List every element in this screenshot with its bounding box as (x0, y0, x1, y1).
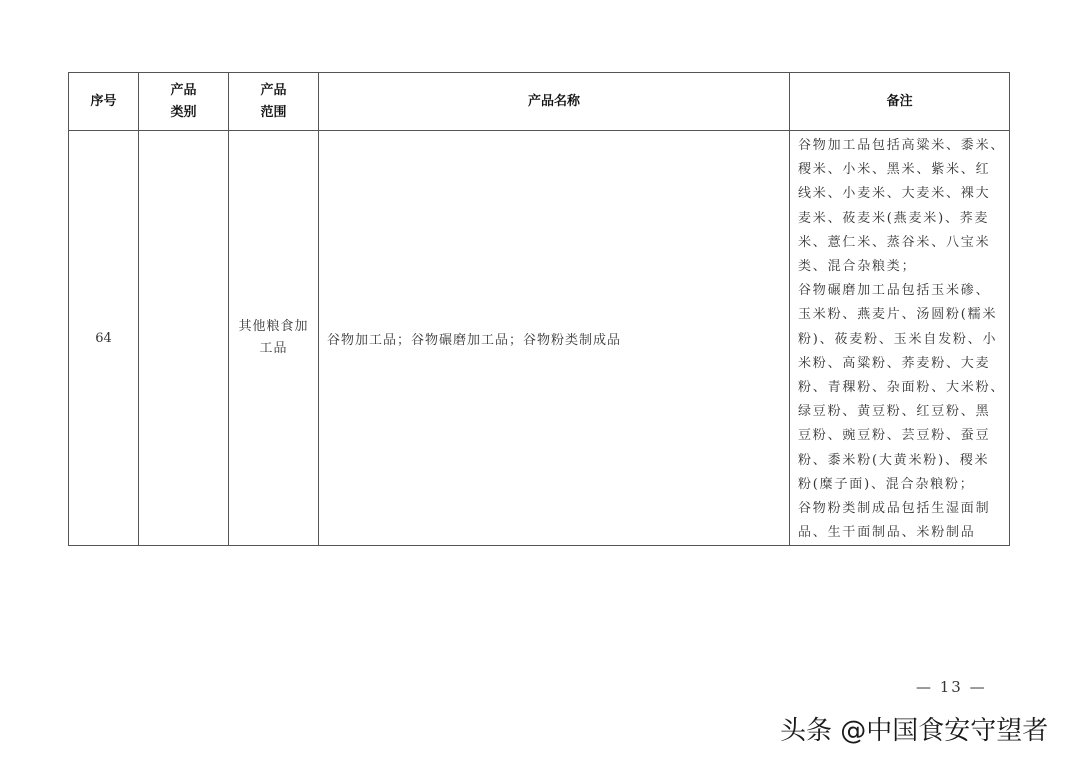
note-line: 麦米、莜麦米(燕麦米)、荞麦 (798, 207, 1005, 231)
note-line: 品、生干面制品、米粉制品 (798, 521, 1005, 545)
note-line: 线米、小麦米、大麦米、裸大 (798, 182, 1005, 206)
note-line: 米、薏仁米、蒸谷米、八宝米 (798, 231, 1005, 255)
note-line: 绿豆粉、黄豆粉、红豆粉、黑 (798, 400, 1005, 424)
note-line: 粉、黍米粉(大黄米粉)、稷米 (798, 449, 1005, 473)
cell-notes: 谷物加工品包括高粱米、黍米、 稷米、小米、黑米、紫米、红 线米、小麦米、大麦米、… (790, 131, 1010, 546)
cell-product-names: 谷物加工品；谷物碾磨加工品；谷物粉类制成品 (319, 131, 790, 546)
note-line: 谷物粉类制成品包括生湿面制 (798, 497, 1005, 521)
cell-seq: 64 (69, 131, 139, 546)
watermark: 头条 @中国食安守望者 (780, 710, 1048, 747)
note-line: 玉米粉、燕麦片、汤圆粉(糯米 (798, 303, 1005, 327)
note-line: 粉)、莜麦粉、玉米自发粉、小 (798, 328, 1005, 352)
note-line: 米粉、高粱粉、荞麦粉、大麦 (798, 352, 1005, 376)
header-seq: 序号 (69, 73, 139, 131)
product-table: 序号 产品 类别 产品 范围 产品名称 备注 64 其他粮食加 工品 谷物加工品… (68, 72, 1010, 546)
note-line: 谷物加工品包括高粱米、黍米、 (798, 134, 1005, 158)
header-category: 产品 类别 (139, 73, 229, 131)
cell-scope: 其他粮食加 工品 (229, 131, 319, 546)
note-line: 粉、青稞粉、杂面粉、大米粉、 (798, 376, 1005, 400)
header-product-name: 产品名称 (319, 73, 790, 131)
page-number: — 13 — (916, 678, 987, 696)
note-line: 粉(糜子面)、混合杂粮粉； (798, 473, 1005, 497)
table-header-row: 序号 产品 类别 产品 范围 产品名称 备注 (69, 73, 1010, 131)
header-scope: 产品 范围 (229, 73, 319, 131)
cell-category (139, 131, 229, 546)
table-row: 64 其他粮食加 工品 谷物加工品；谷物碾磨加工品；谷物粉类制成品 谷物加工品包… (69, 131, 1010, 546)
note-line: 谷物碾磨加工品包括玉米碜、 (798, 279, 1005, 303)
note-line: 豆粉、豌豆粉、芸豆粉、蚕豆 (798, 424, 1005, 448)
header-notes: 备注 (790, 73, 1010, 131)
note-line: 类、混合杂粮类； (798, 255, 1005, 279)
note-line: 稷米、小米、黑米、紫米、红 (798, 158, 1005, 182)
